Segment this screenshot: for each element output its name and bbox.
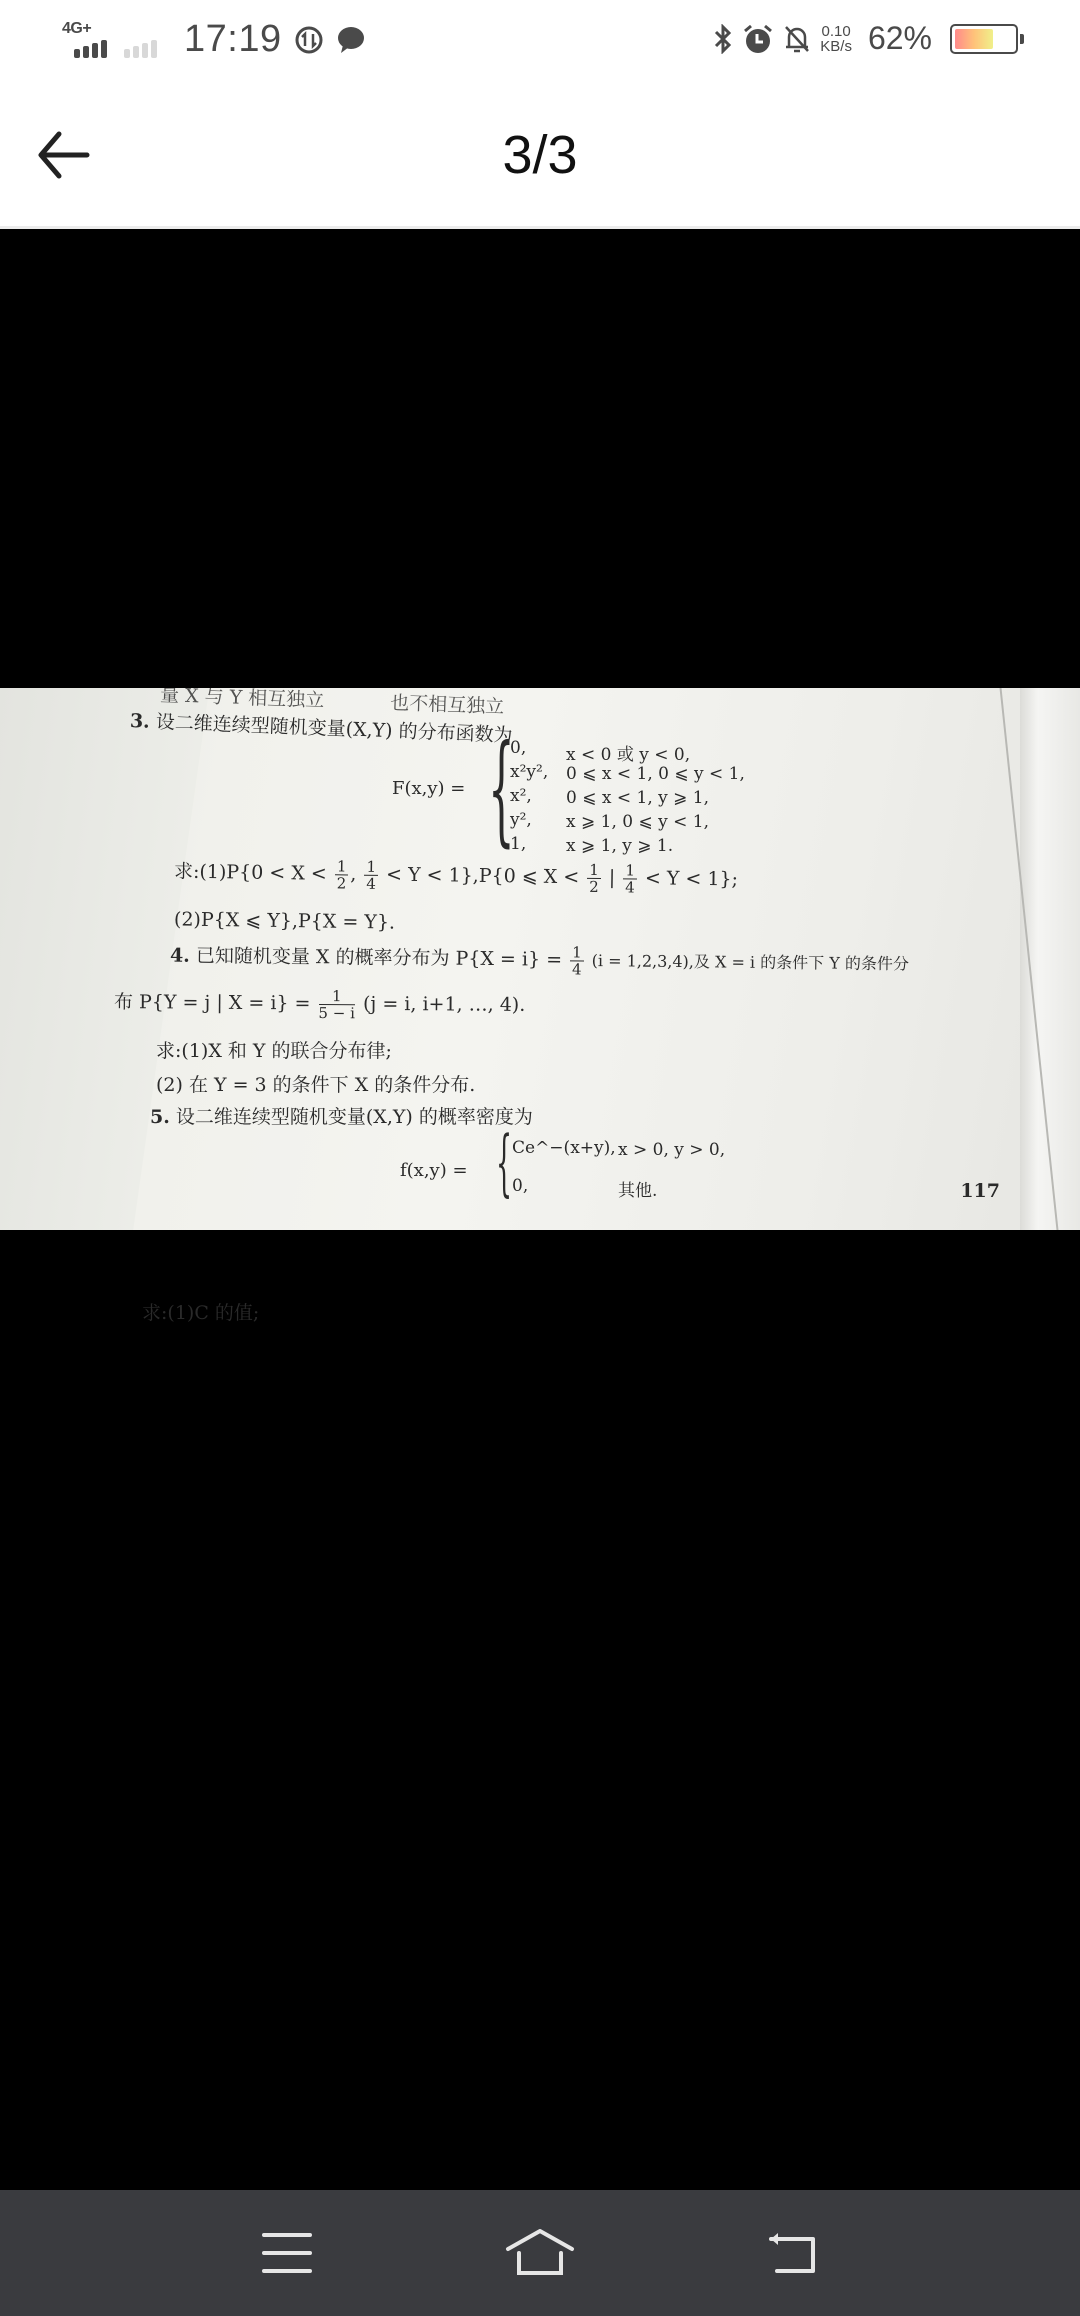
signal-sim2-icon <box>120 20 168 60</box>
right-page-edge <box>1020 688 1080 1230</box>
menu-button[interactable] <box>247 2213 327 2293</box>
home-button[interactable] <box>500 2213 580 2293</box>
image-viewer[interactable]: 量 X 与 Y 相互独立 也不相互独立 3. 设二维连续型随机变量(X,Y) 的… <box>0 230 1080 2190</box>
battery-icon <box>950 24 1018 54</box>
textbook-page: 量 X 与 Y 相互独立 也不相互独立 3. 设二维连续型随机变量(X,Y) 的… <box>110 688 1010 1230</box>
problem-4-question-1: 求:(1)X 和 Y 的联合分布律; <box>156 1036 392 1063</box>
data-saver-icon <box>294 25 324 55</box>
home-icon <box>505 2229 575 2277</box>
message-icon <box>336 25 366 55</box>
textbook-photo[interactable]: 量 X 与 Y 相互独立 也不相互独立 3. 设二维连续型随机变量(X,Y) 的… <box>0 688 1080 1230</box>
status-bar: 4G+ 17:19 0.10 KB/s <box>0 0 1080 82</box>
F-function-label: F(x,y) = <box>392 778 465 799</box>
navigation-bar <box>0 2190 1080 2316</box>
problem-3-question-1: 求:(1)P{0 < X < 12, 14 < Y < 1},P{0 ⩽ X <… <box>174 856 738 897</box>
f-function-label: f(x,y) = <box>400 1160 468 1181</box>
problem-4-line-2: 布 P{Y = j | X = i} = 15 − i (j = i, i+1,… <box>114 987 526 1023</box>
network-type: 4G+ <box>62 20 91 38</box>
alarm-icon <box>742 23 774 55</box>
problem-4-question-2: (2) 在 Y = 3 的条件下 X 的条件分布. <box>156 1070 475 1097</box>
menu-icon <box>261 2231 313 2275</box>
back-nav-button[interactable] <box>753 2213 833 2293</box>
signal-icon: 4G+ <box>62 20 110 60</box>
return-icon <box>767 2231 819 2275</box>
page-indicator: 3/3 <box>0 124 1080 186</box>
page-number: 117 <box>960 1180 1000 1202</box>
net-speed: 0.10 KB/s <box>820 24 852 54</box>
clock: 17:19 <box>184 18 282 61</box>
problem-3-question-2: (2)P{X ⩽ Y},P{X = Y}. <box>174 908 395 933</box>
battery-percent: 62% <box>868 20 932 57</box>
problem-4-line-1: 4. 已知随机变量 X 的概率分布为 P{X = i} = 14 (i = 1,… <box>170 940 909 981</box>
bluetooth-icon <box>712 24 734 54</box>
problem-5-line-1: 5. 设二维连续型随机变量(X,Y) 的概率密度为 <box>150 1102 533 1129</box>
header: 3/3 <box>0 82 1080 229</box>
mute-bell-icon <box>782 23 812 55</box>
